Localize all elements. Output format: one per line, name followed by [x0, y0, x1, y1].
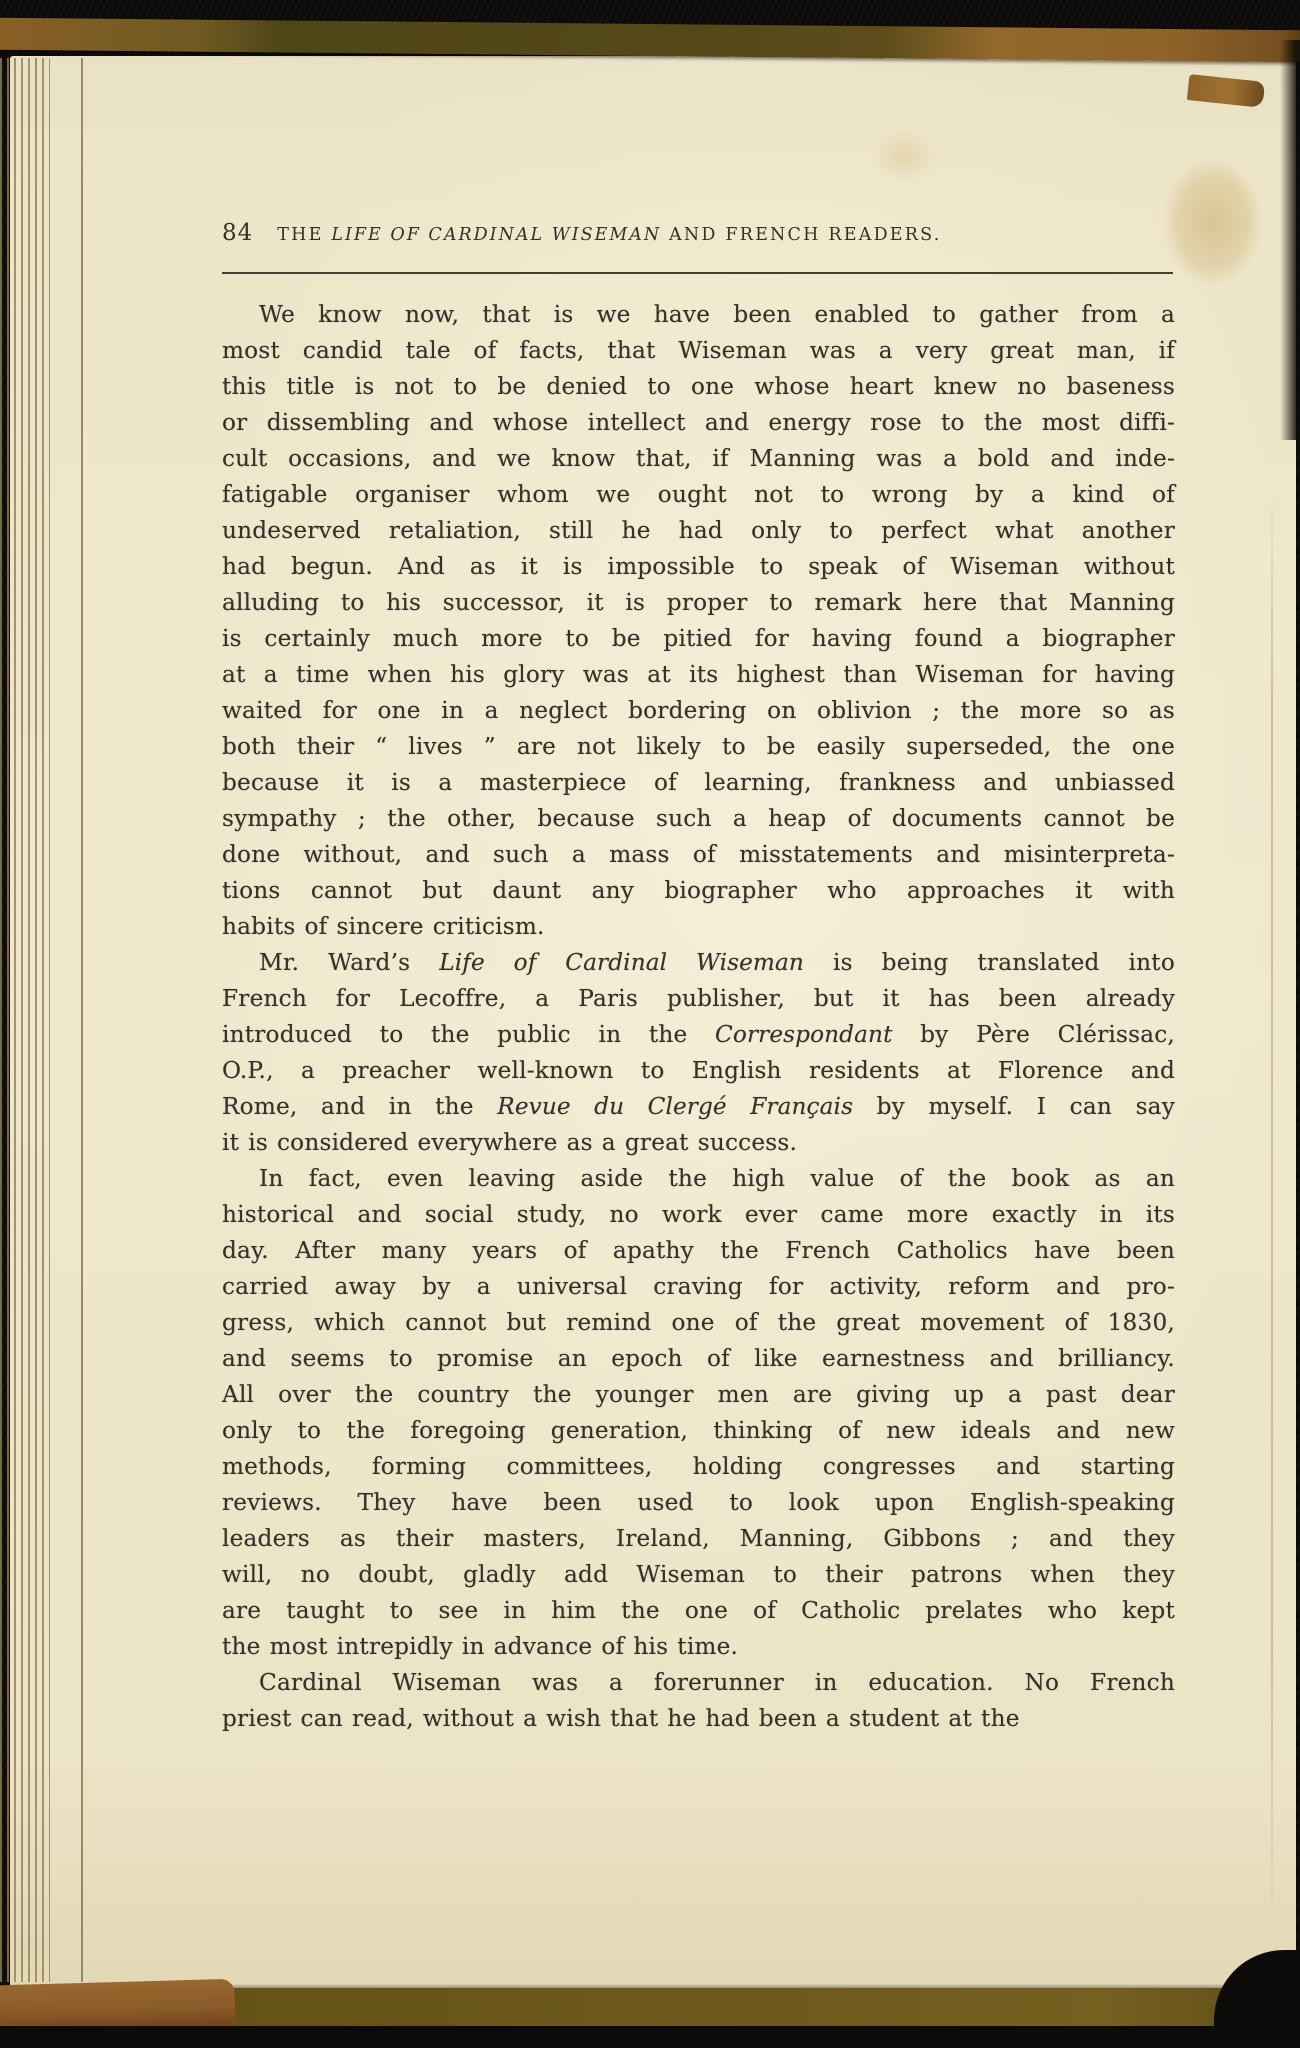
text-run: it is considered everywhere as a great s…: [222, 1129, 797, 1156]
text-line: because it is a masterpiece of learning,…: [222, 765, 1175, 801]
text-line: will, no doubt, gladly add Wiseman to th…: [222, 1557, 1175, 1593]
text-run: habits of sincere criticism.: [222, 913, 545, 940]
text-run: French for Lecoffre, a Paris publisher, …: [222, 985, 1175, 1012]
running-title-post: AND FRENCH READERS.: [661, 225, 941, 245]
text-line: waited for one in a neglect bordering on…: [222, 693, 1175, 729]
italic-text-run: Life of Cardinal Wiseman: [439, 949, 804, 976]
text-run: only to the foregoing generation, thinki…: [222, 1417, 1175, 1444]
text-line: historical and social study, no work eve…: [222, 1197, 1175, 1233]
text-line: We know now, that is we have been enable…: [222, 297, 1175, 333]
text-run: is certainly much more to be pitied for …: [222, 625, 1175, 652]
text-run: waited for one in a neglect bordering on…: [222, 697, 1175, 724]
text-line: fatigable organiser whom we ought not to…: [222, 477, 1175, 513]
page-body-text: We know now, that is we have been enable…: [222, 297, 1175, 1737]
text-line: the most intrepidly in advance of his ti…: [222, 1629, 1175, 1665]
italic-text-run: Revue du Clergé Français: [497, 1093, 853, 1120]
text-run: reviews. They have been used to look upo…: [222, 1489, 1175, 1516]
shadow-top-right: [1280, 40, 1300, 440]
text-run: will, no doubt, gladly add Wiseman to th…: [222, 1561, 1175, 1588]
text-run: historical and social study, no work eve…: [222, 1201, 1175, 1228]
book-photo-scene: 84THE LIFE OF CARDINAL WISEMAN AND FRENC…: [0, 0, 1300, 2048]
text-run: alluding to his successor, it is proper …: [222, 589, 1175, 616]
text-run: is being translated into: [804, 949, 1175, 976]
text-line: reviews. They have been used to look upo…: [222, 1485, 1175, 1521]
text-run: We know now, that is we have been enable…: [259, 301, 1175, 328]
foxing-stain-small: [858, 118, 950, 192]
text-line: day. After many years of apathy the Fren…: [222, 1233, 1175, 1269]
text-line: priest can read, without a wish that he …: [222, 1701, 1175, 1737]
text-line: undeserved retaliation, still he had onl…: [222, 513, 1175, 549]
running-title-pre: THE: [277, 225, 331, 245]
text-line: and seems to promise an epoch of like ea…: [222, 1341, 1175, 1377]
text-line: done without, and such a mass of misstat…: [222, 837, 1175, 873]
text-run: most candid tale of facts, that Wiseman …: [222, 337, 1175, 364]
text-line: alluding to his successor, it is proper …: [222, 585, 1175, 621]
text-run: day. After many years of apathy the Fren…: [222, 1237, 1175, 1264]
text-line: at a time when his glory was at its high…: [222, 657, 1175, 693]
header-rule: [222, 272, 1173, 274]
text-line: In fact, even leaving aside the high val…: [222, 1161, 1175, 1197]
running-head: 84THE LIFE OF CARDINAL WISEMAN AND FRENC…: [222, 220, 1175, 246]
text-run: at a time when his glory was at its high…: [222, 661, 1175, 688]
text-line: had begun. And as it is impossible to sp…: [222, 549, 1175, 585]
page-crease-line: [1271, 480, 1273, 1950]
text-run: this title is not to be denied to one wh…: [222, 373, 1175, 400]
text-run: priest can read, without a wish that he …: [222, 1705, 1020, 1732]
text-line: or dissembling and whose intellect and e…: [222, 405, 1175, 441]
text-line: tions cannot but daunt any biographer wh…: [222, 873, 1175, 909]
text-line: sympathy ; the other, because such a hea…: [222, 801, 1175, 837]
text-run: and seems to promise an epoch of like ea…: [222, 1345, 1175, 1372]
page-fore-edge-stack: [0, 58, 100, 1982]
text-run: undeserved retaliation, still he had onl…: [222, 517, 1175, 544]
text-line: it is considered everywhere as a great s…: [222, 1125, 1175, 1161]
text-line: French for Lecoffre, a Paris publisher, …: [222, 981, 1175, 1017]
text-line: cult occasions, and we know that, if Man…: [222, 441, 1175, 477]
text-run: gress, which cannot but remind one of th…: [222, 1309, 1175, 1336]
text-run: by myself. I can say: [853, 1093, 1175, 1120]
text-run: Cardinal Wiseman was a forerunner in edu…: [259, 1669, 1175, 1696]
text-line: is certainly much more to be pitied for …: [222, 621, 1175, 657]
text-run: are taught to see in him the one of Cath…: [222, 1597, 1175, 1624]
text-run: had begun. And as it is impossible to sp…: [222, 553, 1175, 580]
text-run: tions cannot but daunt any biographer wh…: [222, 877, 1175, 904]
text-line: Cardinal Wiseman was a forerunner in edu…: [222, 1665, 1175, 1701]
text-run: methods, forming committees, holding con…: [222, 1453, 1175, 1480]
text-line: leaders as their masters, Ireland, Manni…: [222, 1521, 1175, 1557]
text-run: Rome, and in the: [222, 1093, 497, 1120]
text-line: carried away by a universal craving for …: [222, 1269, 1175, 1305]
text-line: introduced to the public in the Correspo…: [222, 1017, 1175, 1053]
running-title: THE LIFE OF CARDINAL WISEMAN AND FRENCH …: [277, 225, 941, 245]
text-line: methods, forming committees, holding con…: [222, 1449, 1175, 1485]
running-title-italic: LIFE OF CARDINAL WISEMAN: [331, 225, 661, 245]
text-run: introduced to the public in the: [222, 1021, 715, 1048]
text-run: leaders as their masters, Ireland, Manni…: [222, 1525, 1175, 1552]
text-line: this title is not to be denied to one wh…: [222, 369, 1175, 405]
page-number: 84: [222, 220, 253, 246]
text-line: Mr. Ward’s Life of Cardinal Wiseman is b…: [222, 945, 1175, 981]
text-run: because it is a masterpiece of learning,…: [222, 769, 1175, 796]
text-line: habits of sincere criticism.: [222, 909, 1175, 945]
text-line: All over the country the younger men are…: [222, 1377, 1175, 1413]
text-line: are taught to see in him the one of Cath…: [222, 1593, 1175, 1629]
text-run: both their “ lives ” are not likely to b…: [222, 733, 1175, 760]
text-run: carried away by a universal craving for …: [222, 1273, 1175, 1300]
text-line: Rome, and in the Revue du Clergé Françai…: [222, 1089, 1175, 1125]
text-line: O.P., a preacher well-known to English r…: [222, 1053, 1175, 1089]
text-run: or dissembling and whose intellect and e…: [222, 409, 1175, 436]
text-run: cult occasions, and we know that, if Man…: [222, 445, 1175, 472]
text-run: done without, and such a mass of misstat…: [222, 841, 1175, 868]
text-run: Mr. Ward’s: [259, 949, 439, 976]
text-line: gress, which cannot but remind one of th…: [222, 1305, 1175, 1341]
text-run: In fact, even leaving aside the high val…: [259, 1165, 1175, 1192]
text-run: O.P., a preacher well-known to English r…: [222, 1057, 1175, 1084]
background-cloth-bottom: [0, 2026, 1300, 2048]
italic-text-run: Correspondant: [715, 1021, 892, 1048]
text-line: only to the foregoing generation, thinki…: [222, 1413, 1175, 1449]
text-run: the most intrepidly in advance of his ti…: [222, 1633, 738, 1660]
text-line: both their “ lives ” are not likely to b…: [222, 729, 1175, 765]
text-run: sympathy ; the other, because such a hea…: [222, 805, 1175, 832]
text-run: by Père Clérissac,: [893, 1021, 1176, 1048]
text-run: fatigable organiser whom we ought not to…: [222, 481, 1175, 508]
text-run: All over the country the younger men are…: [222, 1381, 1175, 1408]
text-line: most candid tale of facts, that Wiseman …: [222, 333, 1175, 369]
